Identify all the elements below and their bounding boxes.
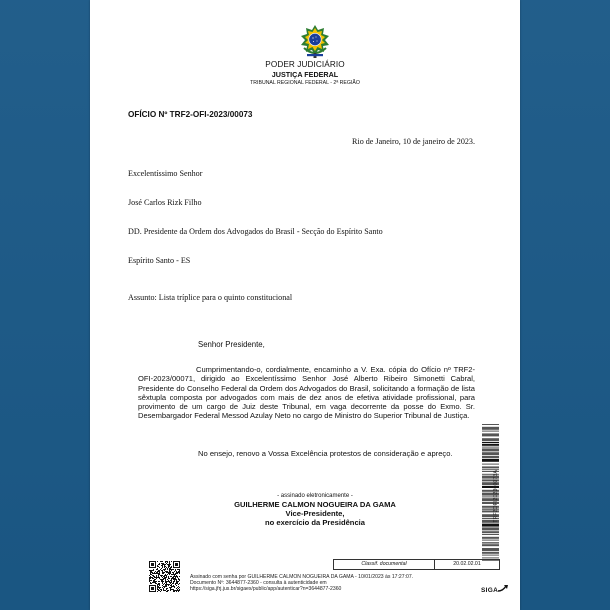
recipient-salutation: Excelentíssimo Senhor (128, 169, 202, 178)
classification-value: 20.02.02.01 (435, 560, 499, 569)
closing: No ensejo, renovo a Vossa Excelência pro… (198, 449, 453, 458)
greeting: Senhor Presidente, (198, 340, 265, 349)
auth-line-3[interactable]: https://siga.jfrj.jus.br/sigaex/public/a… (190, 586, 413, 592)
signer-name: GUILHERME CALMON NOGUEIRA DA GAMA (200, 500, 430, 509)
classification-box: Classif. documental 20.02.02.01 (333, 559, 500, 570)
signer-role-2: no exercício da Presidência (200, 518, 430, 527)
signer-role: Vice-Presidente, (200, 509, 430, 518)
recipient-title: DD. Presidente da Ordem dos Advogados do… (128, 227, 383, 236)
body-paragraph: Cumprimentando-o, cordialmente, encaminh… (138, 365, 475, 421)
header-line-1: PODER JUDICIÁRIO (90, 60, 520, 69)
recipient-name: José Carlos Rizk Filho (128, 198, 202, 207)
siga-logo-text: SIGA (481, 587, 498, 594)
document-page: PODER JUDICIÁRIO JUSTIÇA FEDERAL TRIBUNA… (90, 0, 520, 610)
authentication-info: Assinado com senha por GUILHERME CALMON … (190, 574, 413, 593)
arrow-icon (498, 585, 508, 592)
qr-code-icon[interactable] (149, 561, 180, 592)
place-date: Rio de Janeiro, 10 de janeiro de 2023. (352, 137, 475, 146)
siga-logo: SIGA (481, 585, 508, 594)
brazil-coat-of-arms-icon (299, 24, 331, 60)
signature-block: - assinado eletronicamente - GUILHERME C… (200, 492, 430, 527)
signature-note: - assinado eletronicamente - (200, 492, 430, 500)
header-line-3: TRIBUNAL REGIONAL FEDERAL - 2ª REGIÃO (90, 80, 520, 86)
recipient-location: Espírito Santo - ES (128, 256, 190, 265)
barcode-text: TRF2OFI202300073A (493, 470, 499, 523)
oficio-number: OFÍCIO Nº TRF2-OFI-2023/00073 (128, 110, 252, 119)
header-line-2: JUSTIÇA FEDERAL (90, 70, 520, 79)
classification-label: Classif. documental (334, 560, 435, 569)
subject: Assunto: Lista tríplice para o quinto co… (128, 293, 292, 302)
